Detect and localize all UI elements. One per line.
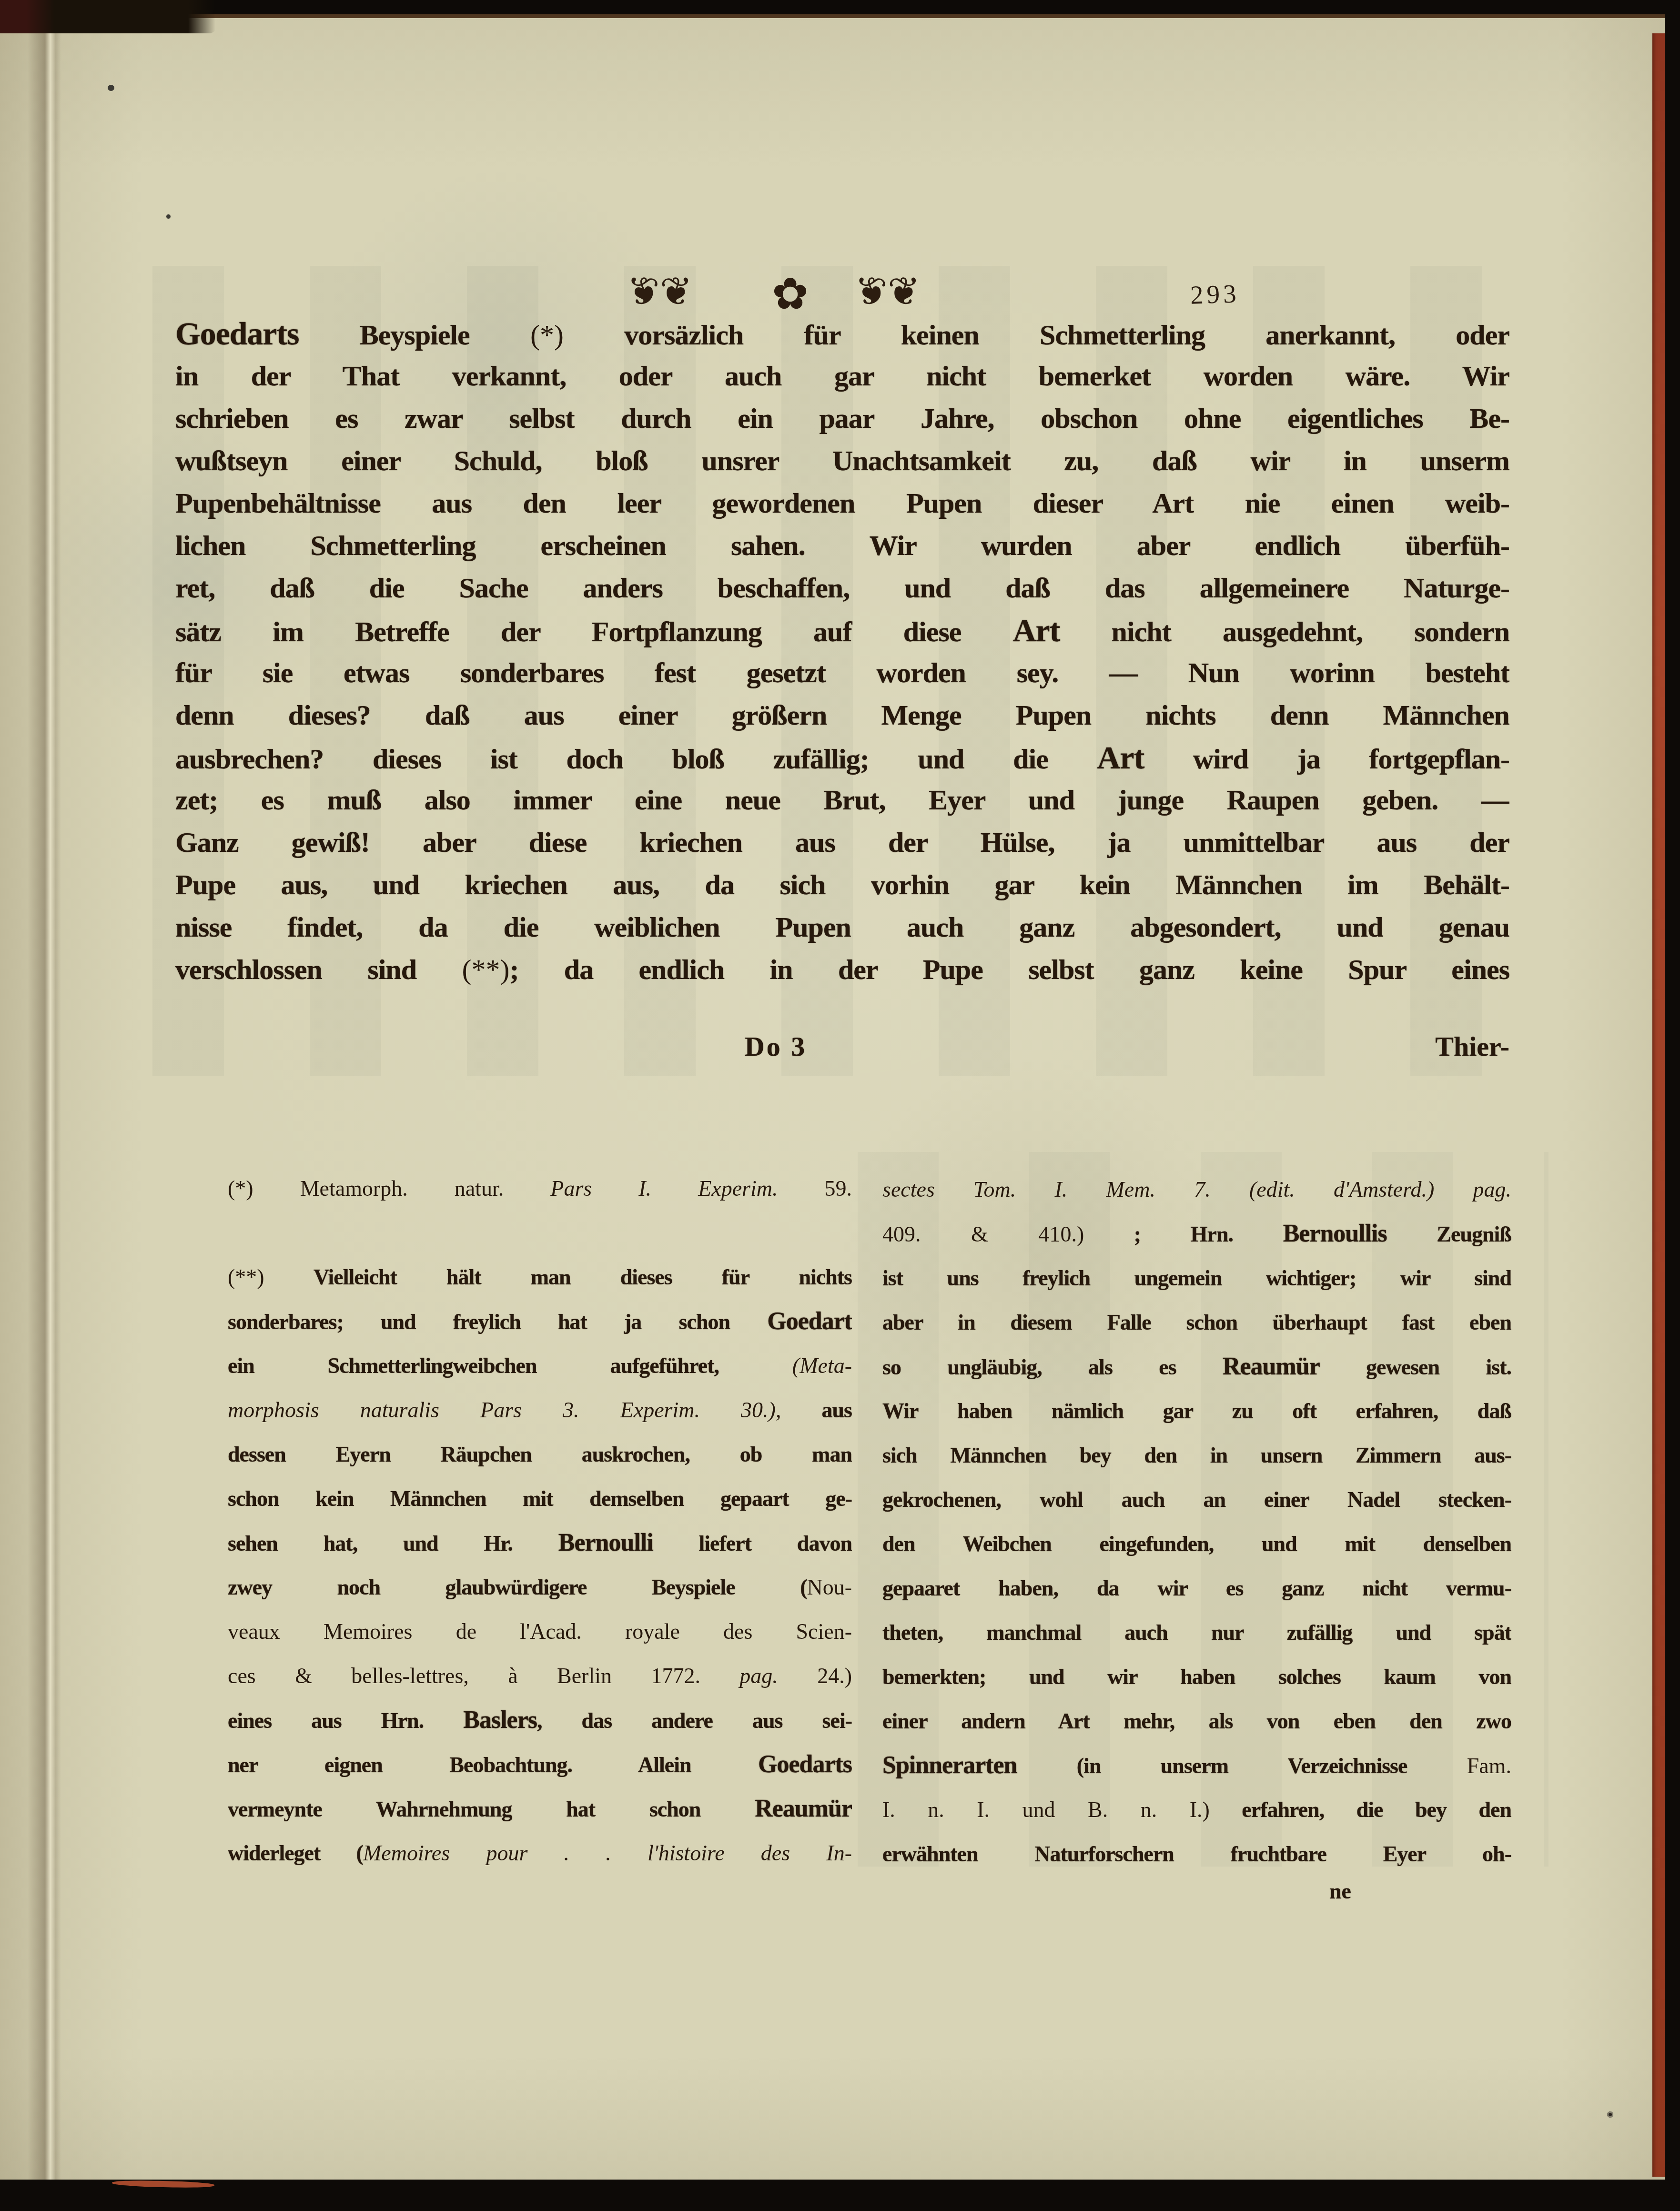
text-line: denn dieses? daß aus einer größern Menge… [175, 694, 1509, 737]
text-line: schrieben es zwar selbst durch ein paar … [175, 397, 1509, 440]
footnote-catchword: ne [1329, 1878, 1351, 1904]
text-line: Pupe aus, und kriechen aus, da sich vorh… [175, 864, 1509, 906]
text-line: sectes Tom. I. Mem. 7. (edit. d'Amsterd.… [882, 1167, 1511, 1212]
text-line: aber in diesem Falle schon überhaupt fas… [882, 1300, 1511, 1344]
paper-speck [1607, 2111, 1613, 2118]
text-line: theten, manchmal auch nur zufällig und s… [882, 1610, 1511, 1655]
text-line: ist uns freylich ungemein wichtiger; wir… [882, 1256, 1511, 1300]
text-line: lichen Schmetterling erscheinen sahen. W… [175, 525, 1509, 567]
gathering-signature: Do 3 [745, 1030, 807, 1062]
text-line: ces & belles-lettres, à Berlin 1772. pag… [228, 1654, 852, 1698]
book-page-scan: { "header": { "page_number": "293", "orn… [0, 0, 1680, 2211]
text-line [228, 1211, 852, 1255]
page-number: 293 [1190, 278, 1240, 310]
text-line: für sie etwas sonderbares fest gesetzt w… [175, 652, 1509, 694]
text-line: eines aus Hrn. Baslers, das andere aus s… [228, 1698, 852, 1742]
scan-shadow-topleft [0, 0, 217, 33]
paper-speck [166, 214, 171, 219]
text-line: morphosis naturalis Pars 3. Experim. 30.… [228, 1388, 852, 1432]
text-line: zwey noch glaubwürdigere Beyspiele (Nou- [228, 1565, 852, 1609]
text-line: Pupenbehältnisse aus den leer gewordenen… [175, 482, 1509, 525]
text-line: bemerkten; und wir haben solches kaum vo… [882, 1655, 1511, 1699]
paper-speck [108, 85, 114, 91]
footnote-column-right: sectes Tom. I. Mem. 7. (edit. d'Amsterd.… [882, 1167, 1511, 1876]
signature-row: Do 3 Thier- [175, 1030, 1509, 1073]
text-line: schon kein Männchen mit demselben gepaar… [228, 1476, 852, 1521]
text-line: Spinnerarten (in unserm Verzeichnisse Fa… [882, 1743, 1511, 1787]
text-line: Goedarts Beyspiele (*) vorsäzlich für ke… [175, 313, 1509, 355]
scanner-background [0, 0, 1680, 14]
scanner-background [1665, 0, 1680, 2211]
scanner-background [0, 2181, 1680, 2211]
text-line: ein Schmetterlingweibchen aufgeführet, (… [228, 1343, 852, 1388]
text-line: ausbrechen? dieses ist doch bloß zufälli… [175, 737, 1509, 779]
footnote-column-left: (*) Metamorph. natur. Pars I. Experim. 5… [228, 1166, 852, 1875]
text-line: Ganz gewiß! aber diese kriechen aus der … [175, 821, 1509, 864]
text-line: nisse findet, da die weiblichen Pupen au… [175, 906, 1509, 949]
text-line: (**) Vielleicht hält man dieses für nich… [228, 1255, 852, 1299]
text-line: in der That verkannt, oder auch gar nich… [175, 355, 1509, 397]
text-line: den Weibchen eingefunden, und mit densel… [882, 1522, 1511, 1566]
text-line: gekrochenen, wohl auch an einer Nadel st… [882, 1477, 1511, 1522]
text-line: so ungläubig, als es Reaumür gewesen ist… [882, 1344, 1511, 1389]
text-line: widerleget (Memoires pour . . l'histoire… [228, 1831, 852, 1875]
text-line: Wir haben nämlich gar zu oft erfahren, d… [882, 1389, 1511, 1433]
fleuron-pair-icon: ❦❦ [858, 266, 917, 318]
text-line: vermeynte Wahrnehmung hat schon Reaumür [228, 1787, 852, 1831]
paper-page: ❦❦ ✿ ❦❦ 293 Goedarts Beyspiele (*) vorsä… [0, 14, 1665, 2180]
text-line: gepaaret haben, da wir es ganz nicht ver… [882, 1566, 1511, 1610]
main-text: Goedarts Beyspiele (*) vorsäzlich für ke… [175, 313, 1509, 991]
fleuron-pair-icon: ❦❦ [630, 266, 689, 318]
text-line: wußtseyn einer Schuld, bloß unsrer Unach… [175, 440, 1509, 482]
text-line: erwähnten Naturforschern fruchtbare Eyer… [882, 1832, 1511, 1876]
text-line: sätz im Betreffe der Fortpflanzung auf d… [175, 609, 1509, 652]
text-line: sehen hat, und Hr. Bernoulli liefert dav… [228, 1521, 852, 1565]
red-fore-edge [1652, 33, 1665, 2177]
text-line: 409. & 410.) ; Hrn. Bernoullis Zeugniß [882, 1212, 1511, 1256]
text-line: I. n. I. und B. n. I.) erfahren, die bey… [882, 1787, 1511, 1832]
text-line: sich Männchen bey den in unsern Zimmern … [882, 1433, 1511, 1477]
catchword: Thier- [1435, 1030, 1509, 1062]
text-line: veaux Memoires de l'Acad. royale des Sci… [228, 1609, 852, 1654]
gutter-crease [28, 32, 61, 2180]
text-line: dessen Eyern Räupchen auskrochen, ob man [228, 1432, 852, 1476]
text-line: verschlossen sind (**); da endlich in de… [175, 949, 1509, 991]
text-line: einer andern Art mehr, als von eben den … [882, 1699, 1511, 1743]
text-line: sonderbares; und freylich hat ja schon G… [228, 1299, 852, 1343]
text-line: ner eignen Beobachtung. Allein Goedarts [228, 1742, 852, 1787]
text-line: (*) Metamorph. natur. Pars I. Experim. 5… [228, 1166, 852, 1211]
text-line: ret, daß die Sache anders beschaffen, un… [175, 567, 1509, 609]
text-line: zet; es muß also immer eine neue Brut, E… [175, 779, 1509, 821]
